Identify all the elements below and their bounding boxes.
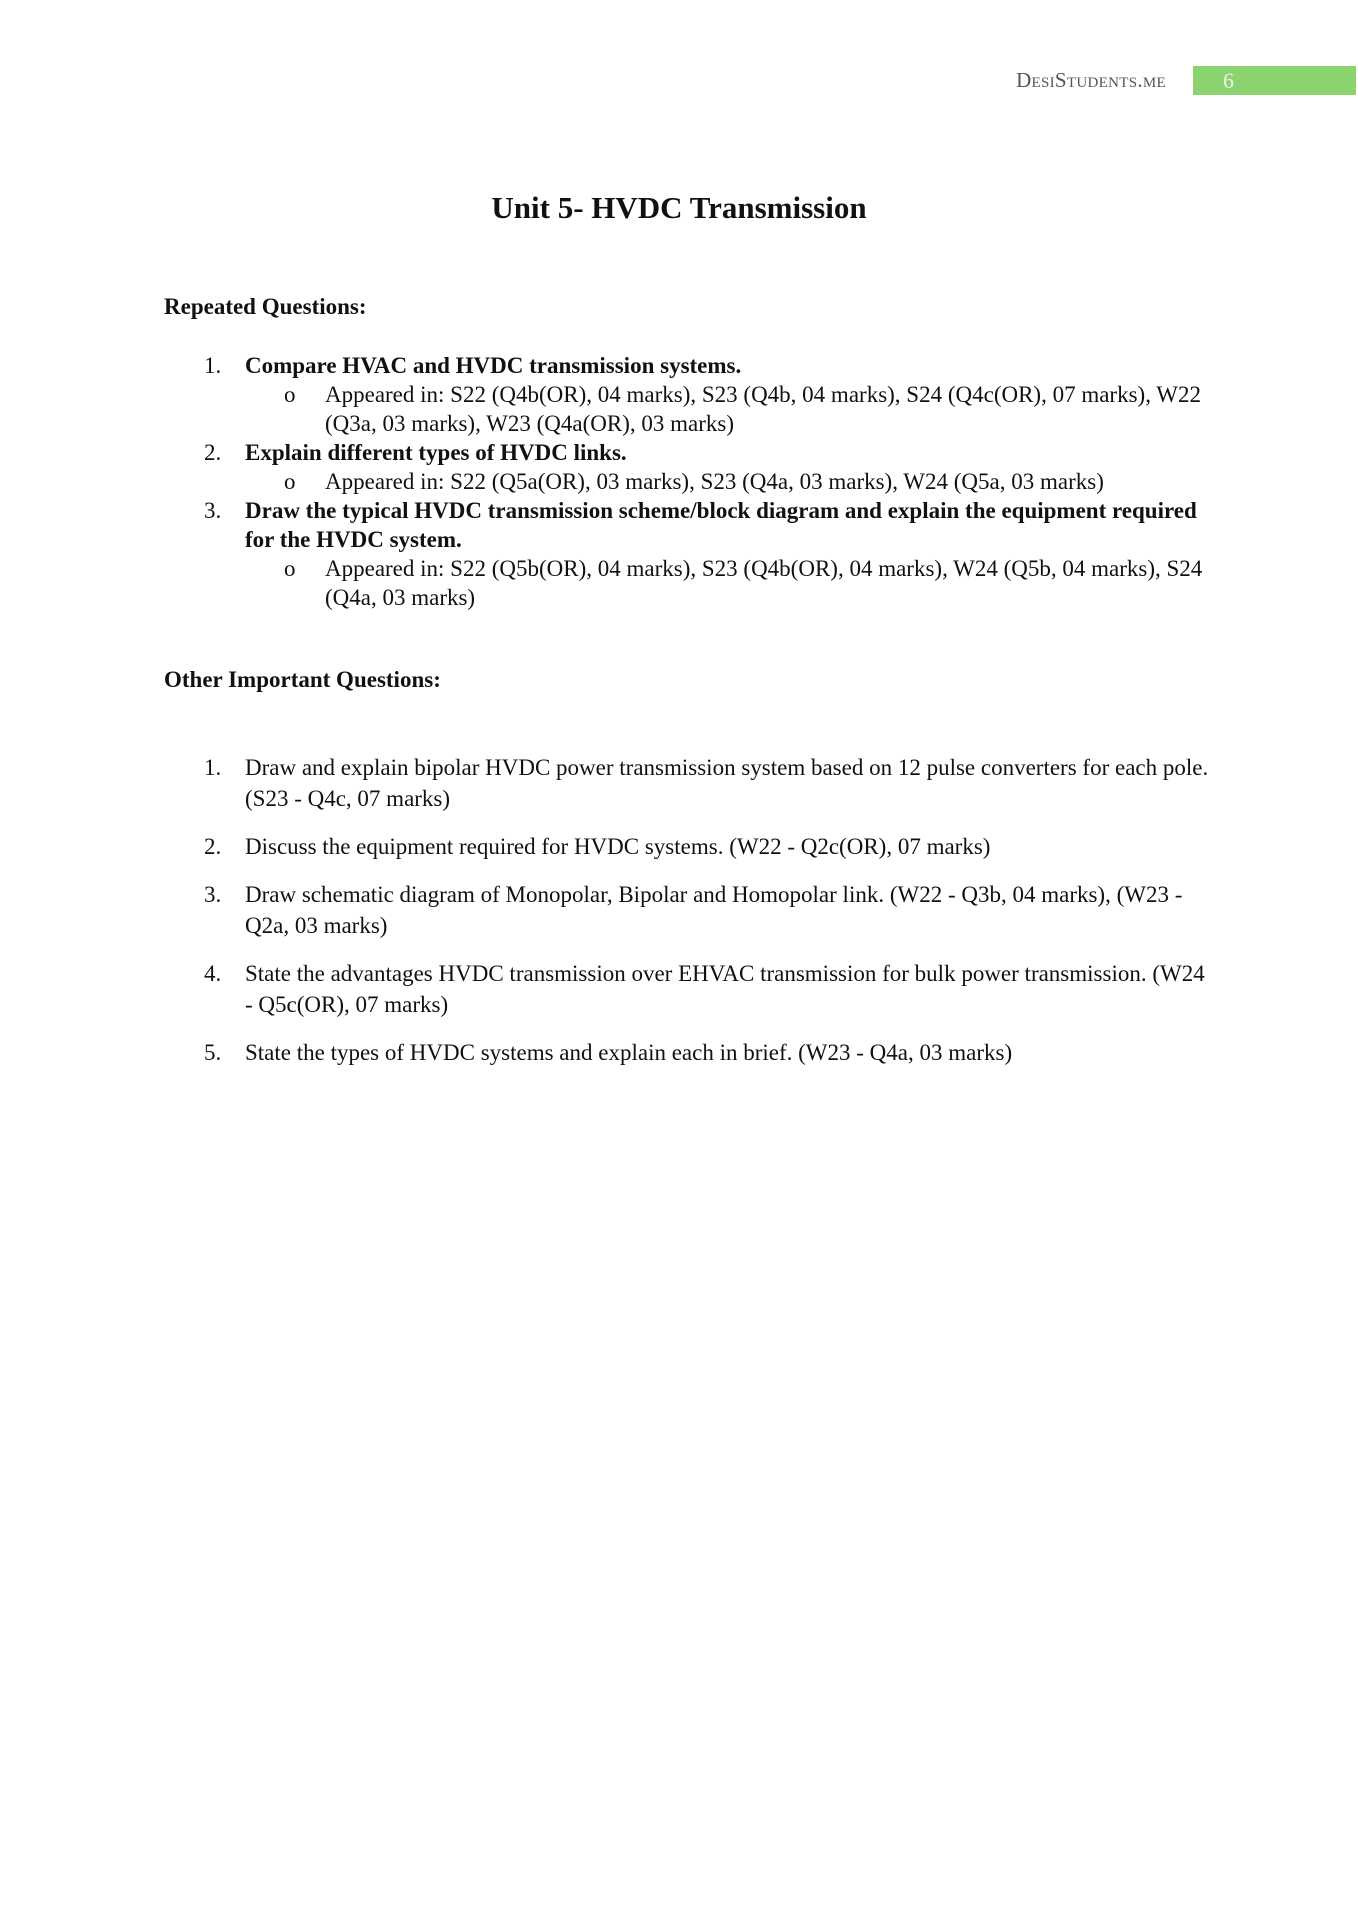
- item-number: 2.: [204, 438, 221, 467]
- page-header: DesiStudents.me 6: [0, 66, 1358, 96]
- other-question-item: 3. Draw schematic diagram of Monopolar, …: [164, 879, 1214, 941]
- appeared-text: Appeared in: S22 (Q5b(OR), 04 marks), S2…: [325, 556, 1202, 610]
- repeated-question-item: 2. Explain different types of HVDC links…: [164, 438, 1214, 467]
- repeated-questions-list: 1. Compare HVAC and HVDC transmission sy…: [164, 351, 1214, 612]
- question-text: Explain different types of HVDC links.: [245, 440, 627, 465]
- item-number: 4.: [204, 958, 221, 989]
- repeated-question-item: 3. Draw the typical HVDC transmission sc…: [164, 496, 1214, 554]
- appeared-in: o Appeared in: S22 (Q5b(OR), 04 marks), …: [164, 554, 1214, 612]
- appeared-text: Appeared in: S22 (Q5a(OR), 03 marks), S2…: [325, 469, 1104, 494]
- other-questions-heading: Other Important Questions:: [164, 667, 441, 693]
- other-questions-list: 1. Draw and explain bipolar HVDC power t…: [164, 752, 1214, 1085]
- question-text: Draw the typical HVDC transmission schem…: [245, 498, 1197, 552]
- item-number: 1.: [204, 351, 221, 380]
- item-number: 3.: [204, 496, 221, 525]
- bullet-icon: o: [284, 554, 296, 583]
- item-number: 5.: [204, 1037, 221, 1068]
- site-name: DesiStudents.me: [1016, 68, 1166, 93]
- bullet-icon: o: [284, 467, 296, 496]
- item-number: 2.: [204, 831, 221, 862]
- page-number-badge: 6: [1193, 66, 1356, 95]
- question-text: State the types of HVDC systems and expl…: [245, 1040, 1012, 1065]
- repeated-question-item: 1. Compare HVAC and HVDC transmission sy…: [164, 351, 1214, 380]
- question-text: Discuss the equipment required for HVDC …: [245, 834, 990, 859]
- question-text: Draw and explain bipolar HVDC power tran…: [245, 755, 1208, 811]
- other-question-item: 4. State the advantages HVDC transmissio…: [164, 958, 1214, 1020]
- page-title: Unit 5- HVDC Transmission: [0, 190, 1358, 226]
- question-text: Draw schematic diagram of Monopolar, Bip…: [245, 882, 1182, 938]
- other-question-item: 5. State the types of HVDC systems and e…: [164, 1037, 1214, 1068]
- appeared-in: o Appeared in: S22 (Q4b(OR), 04 marks), …: [164, 380, 1214, 438]
- other-question-item: 1. Draw and explain bipolar HVDC power t…: [164, 752, 1214, 814]
- other-question-item: 2. Discuss the equipment required for HV…: [164, 831, 1214, 862]
- question-text: Compare HVAC and HVDC transmission syste…: [245, 353, 741, 378]
- question-text: State the advantages HVDC transmission o…: [245, 961, 1205, 1017]
- appeared-text: Appeared in: S22 (Q4b(OR), 04 marks), S2…: [325, 382, 1201, 436]
- bullet-icon: o: [284, 380, 296, 409]
- repeated-questions-heading: Repeated Questions:: [164, 294, 367, 320]
- appeared-in: o Appeared in: S22 (Q5a(OR), 03 marks), …: [164, 467, 1214, 496]
- item-number: 1.: [204, 752, 221, 783]
- item-number: 3.: [204, 879, 221, 910]
